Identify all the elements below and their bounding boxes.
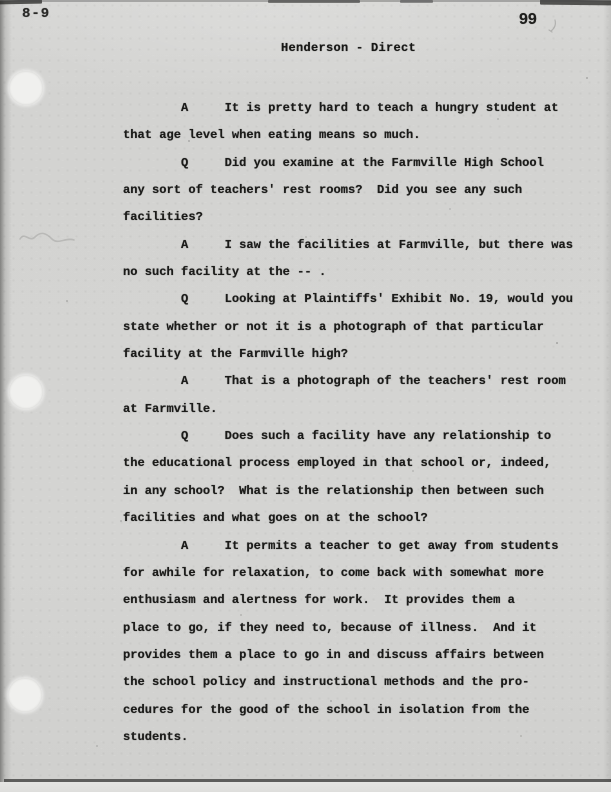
- transcript-line: the school policy and instructional meth…: [123, 669, 573, 696]
- transcript-line: students.: [123, 724, 573, 751]
- transcript-line: enthusiasm and alertness for work. It pr…: [123, 587, 573, 614]
- transcript-line: A It is pretty hard to teach a hungry st…: [123, 95, 573, 122]
- transcript-line: that age level when eating means so much…: [123, 122, 573, 149]
- scanned-transcript-page: 8-9 99 Henderson - Direct A It is pretty…: [0, 0, 611, 792]
- transcript-line: any sort of teachers' rest rooms? Did yo…: [123, 177, 573, 204]
- transcript-line: in any school? What is the relationship …: [123, 478, 573, 505]
- transcript-line: no such facility at the -- .: [123, 259, 573, 286]
- exhibit-note: 8-9: [22, 6, 50, 22]
- transcript-body: A It is pretty hard to teach a hungry st…: [123, 95, 573, 751]
- punch-hole: [8, 678, 42, 712]
- transcript-line: for awhile for relaxation, to come back …: [123, 560, 573, 587]
- transcript-line: Q Did you examine at the Farmville High …: [123, 150, 573, 177]
- transcript-line: the educational process employed in that…: [123, 450, 573, 477]
- transcript-line: facilities and what goes on at the schoo…: [123, 505, 573, 532]
- punch-hole: [9, 71, 43, 105]
- transcript-line: A That is a photograph of the teachers' …: [123, 368, 573, 395]
- transcript-line: A I saw the facilities at Farmville, but…: [123, 232, 573, 259]
- transcript-line: facilities?: [123, 204, 573, 231]
- transcript-line: Q Looking at Plaintiffs' Exhibit No. 19,…: [123, 286, 573, 313]
- transcript-line: cedures for the good of the school in is…: [123, 697, 573, 724]
- pencil-mark: [16, 228, 78, 248]
- transcript-line: state whether or not it is a photograph …: [123, 314, 573, 341]
- transcript-line: Q Does such a facility have any relation…: [123, 423, 573, 450]
- transcript-line: provides them a place to go in and discu…: [123, 642, 573, 669]
- page-heading: Henderson - Direct: [281, 41, 416, 55]
- transcript-line: at Farmville.: [123, 396, 573, 423]
- scan-artifact: [0, 0, 611, 2]
- transcript-line: facility at the Farmville high?: [123, 341, 573, 368]
- page-number: 99: [519, 11, 537, 29]
- pen-mark: [546, 18, 560, 34]
- punch-hole: [9, 375, 43, 409]
- scanner-background-strip: [0, 782, 611, 792]
- transcript-line: place to go, if they need to, because of…: [123, 615, 573, 642]
- transcript-line: A It permits a teacher to get away from …: [123, 533, 573, 560]
